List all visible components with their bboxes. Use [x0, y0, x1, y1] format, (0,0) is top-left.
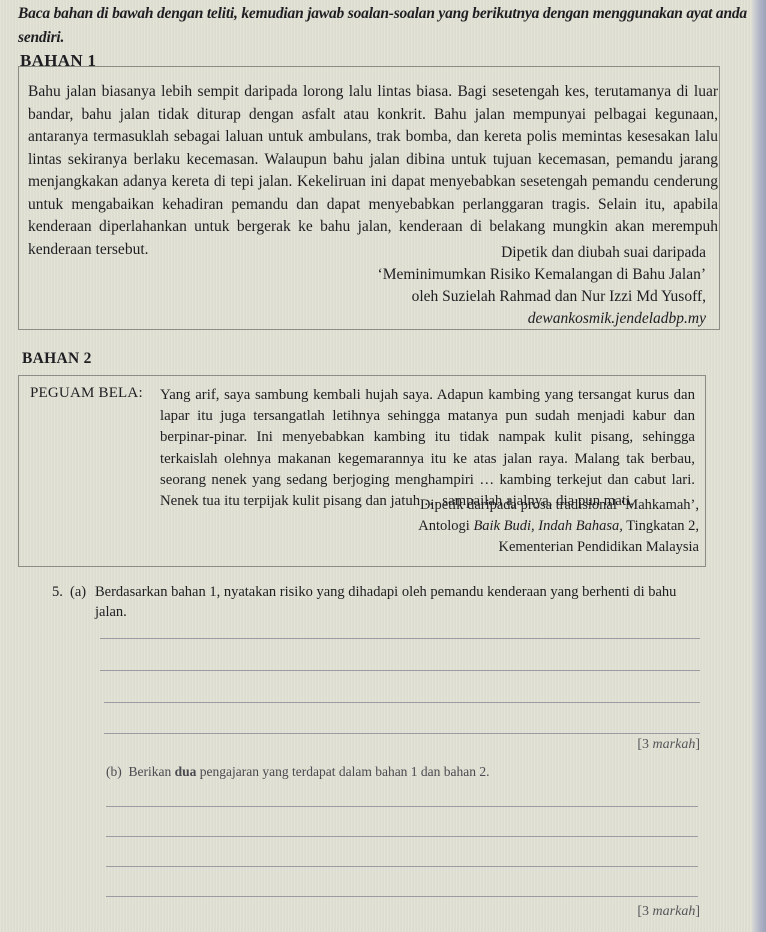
- question-b-marks: [3 markah]: [637, 904, 700, 920]
- citation-line: Antologi Baik Budi, Indah Bahasa, Tingka…: [279, 516, 699, 537]
- instruction-text: Baca bahan di bawah dengan teliti, kemud…: [18, 2, 758, 50]
- question-a-marks: [3 markah]: [637, 737, 700, 753]
- question-number: 5.: [52, 582, 63, 602]
- answer-line-b1[interactable]: [106, 806, 698, 807]
- bahan2-heading: BAHAN 2: [22, 350, 92, 368]
- question-a-label: (a): [70, 582, 86, 602]
- question-a-text: Berdasarkan bahan 1, nyatakan risiko yan…: [95, 582, 697, 622]
- bahan1-passage: Bahu jalan biasanya lebih sempit daripad…: [28, 81, 718, 261]
- citation-line: ‘Meminimumkan Risiko Kemalangan di Bahu …: [306, 264, 706, 286]
- dialogue-speaker: PEGUAM BELA:: [30, 385, 143, 402]
- answer-line-a2[interactable]: [100, 670, 700, 671]
- answer-line-b4[interactable]: [106, 896, 698, 897]
- citation-url: dewankosmik.jendeladbp.my: [306, 308, 706, 330]
- citation-line: oleh Suzielah Rahmad dan Nur Izzi Md Yus…: [306, 286, 706, 308]
- citation-line: Dipetik daripada prosa tradisional ‘Mahk…: [279, 495, 699, 516]
- answer-line-b2[interactable]: [106, 836, 698, 837]
- answer-line-a1[interactable]: [100, 638, 700, 639]
- question-b-label: (b): [106, 764, 122, 779]
- citation-line: Dipetik dan diubah suai daripada: [306, 242, 706, 264]
- citation-line: Kementerian Pendidikan Malaysia: [279, 537, 699, 558]
- emphasis-dua: dua: [175, 764, 197, 779]
- anthology-title: Baik Budi, Indah Bahasa,: [473, 518, 622, 534]
- answer-line-a3[interactable]: [104, 702, 700, 703]
- question-b: (b) Berikan dua pengajaran yang terdapat…: [106, 762, 490, 782]
- bahan2-citation: Dipetik daripada prosa tradisional ‘Mahk…: [279, 495, 699, 558]
- dialogue-text: Yang arif, saya sambung kembali hujah sa…: [160, 385, 695, 512]
- answer-line-b3[interactable]: [106, 866, 698, 867]
- answer-line-a4[interactable]: [104, 733, 700, 734]
- page-edge-shadow: [752, 0, 766, 932]
- bahan1-citation: Dipetik dan diubah suai daripada ‘Memini…: [306, 242, 706, 330]
